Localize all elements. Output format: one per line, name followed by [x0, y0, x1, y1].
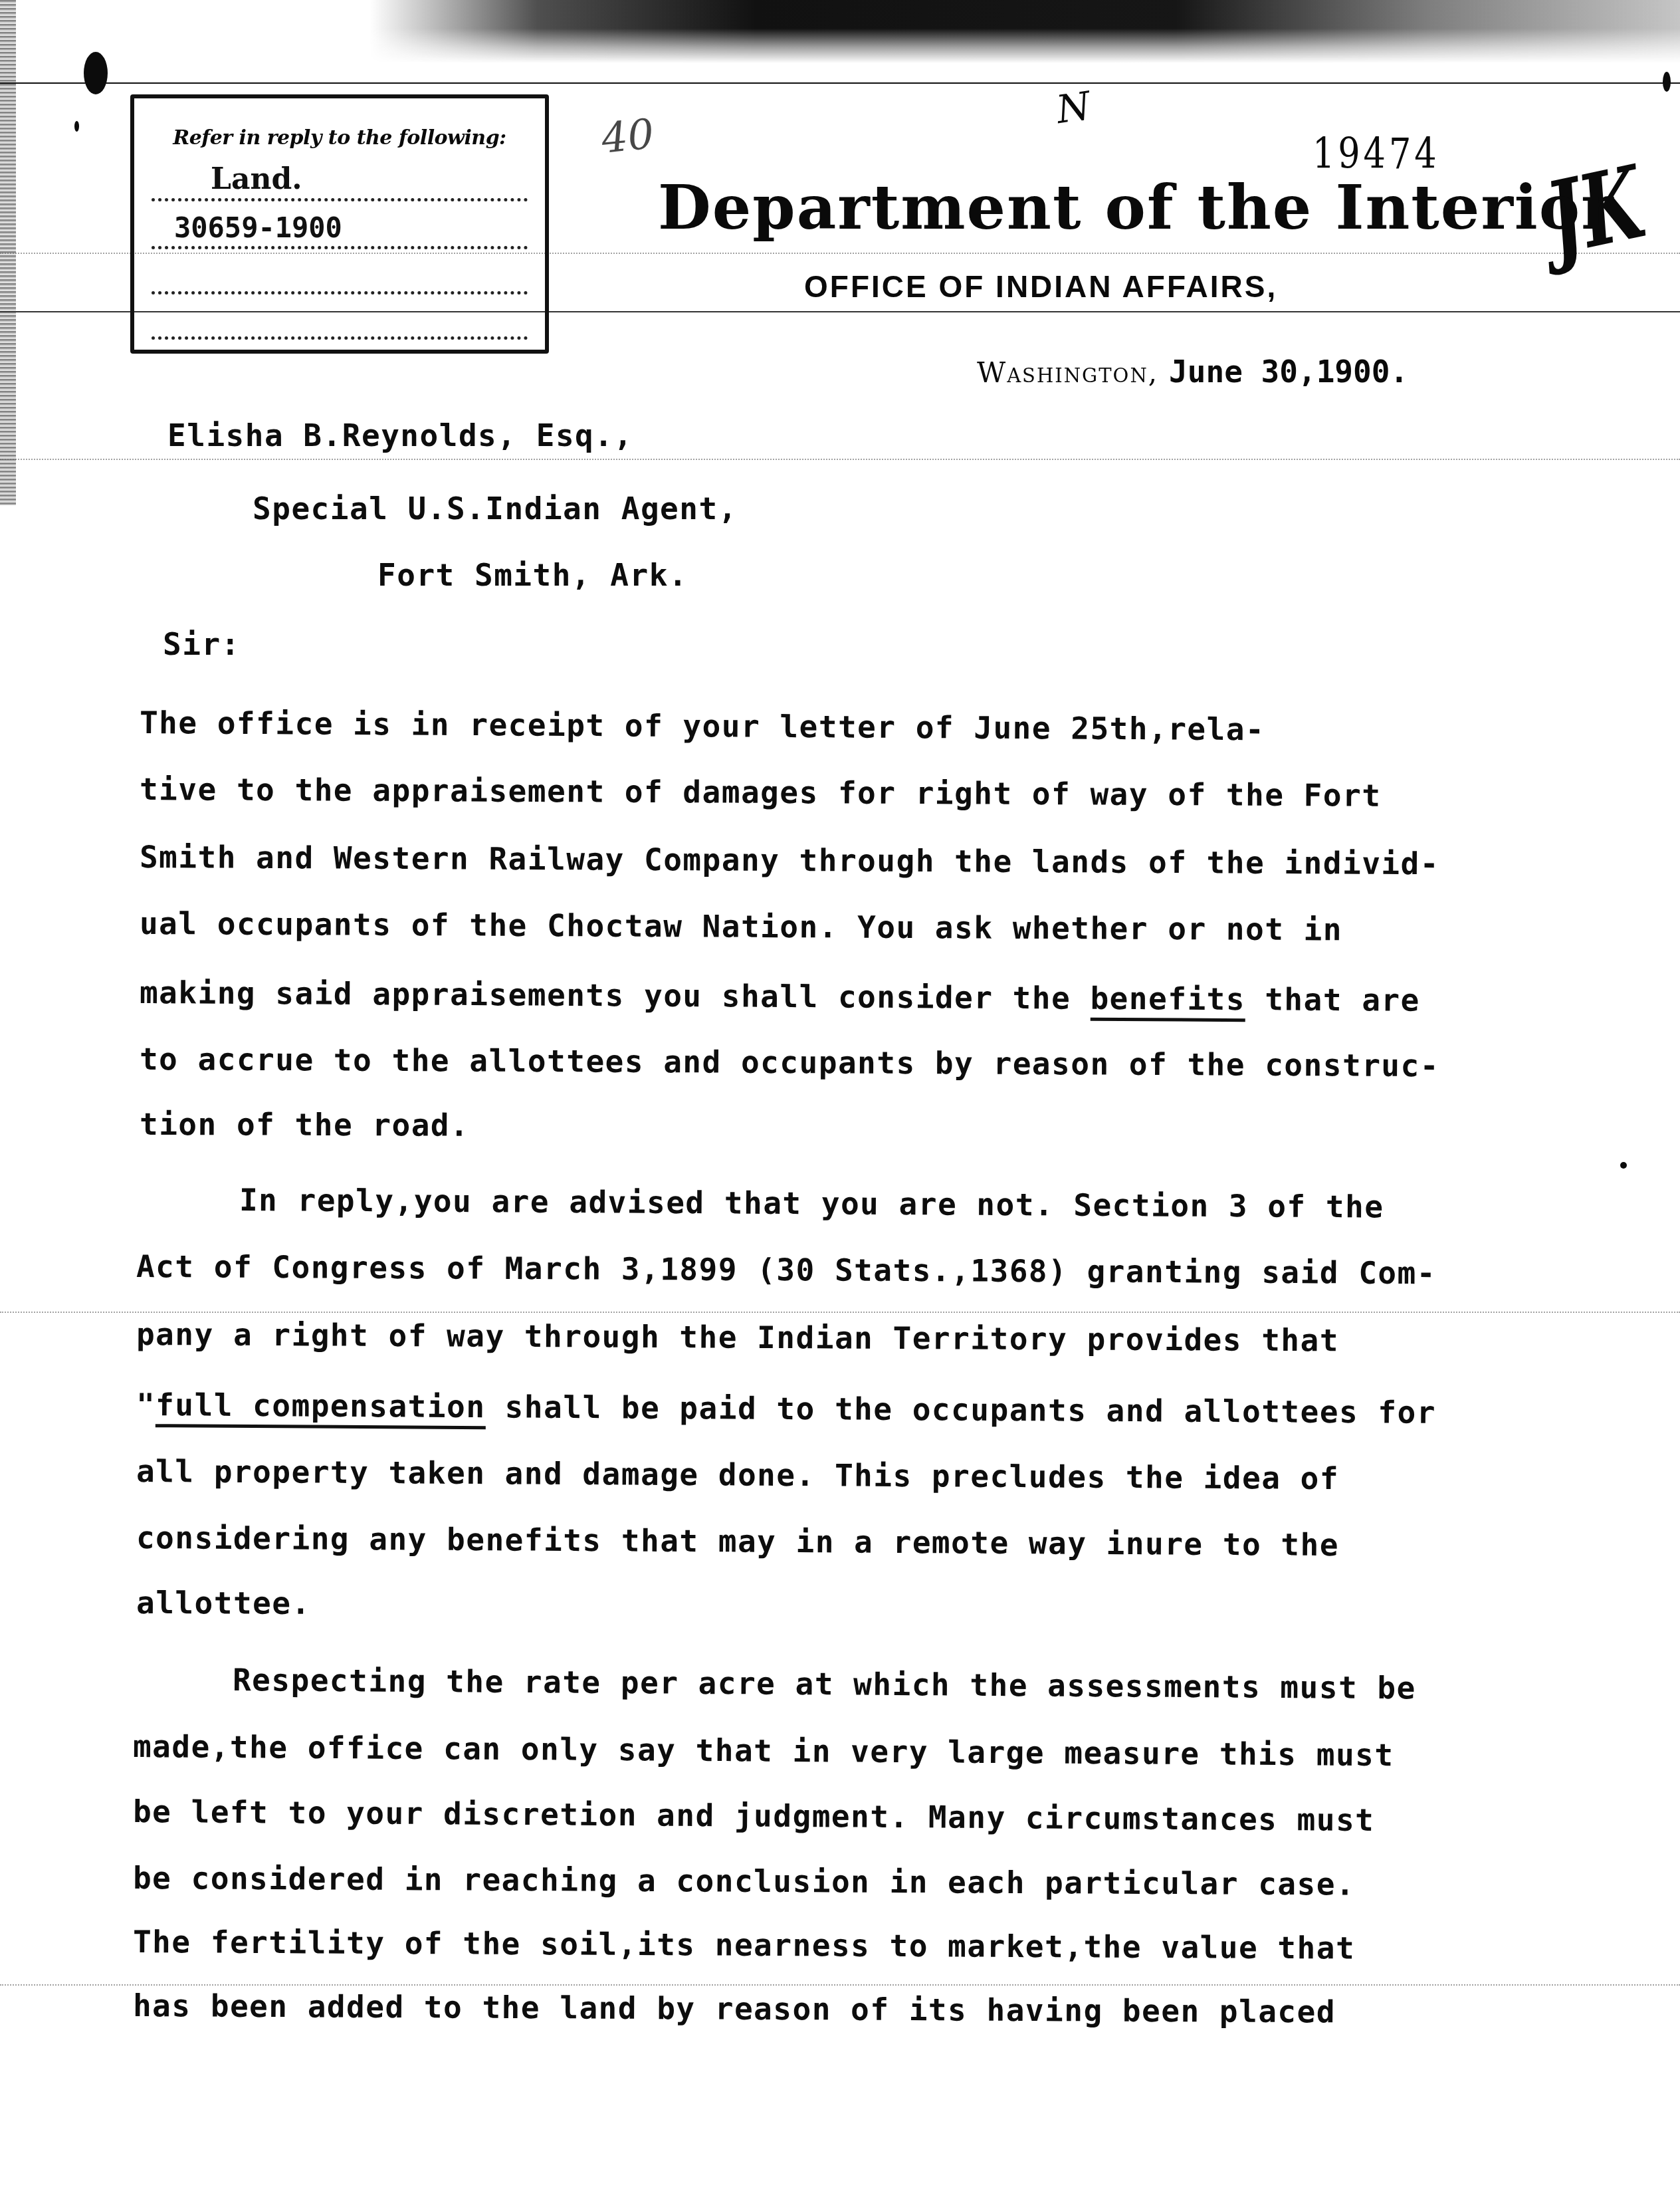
body-line: In reply,you are advised that you are no… [239, 1182, 1384, 1225]
handwritten-mark-left: 40 [599, 109, 656, 163]
ink-blot [84, 52, 108, 94]
department-title: Department of the Interior [658, 172, 1615, 243]
body-line: all property taken and damage done. This… [136, 1453, 1339, 1496]
reference-line [152, 291, 528, 294]
body-line: tion of the road. [140, 1106, 469, 1143]
reference-line [152, 198, 528, 201]
body-line: pany a right of way through the Indian T… [136, 1316, 1339, 1358]
place: Washington, [977, 356, 1158, 389]
reference-line [152, 246, 528, 249]
body-line: Smith and Western Railway Company throug… [140, 839, 1439, 881]
salutation: Sir: [163, 626, 241, 662]
body-text: shall be paid to the occupants and allot… [485, 1389, 1436, 1431]
body-text: that are [1245, 981, 1420, 1018]
ink-blot [1663, 72, 1671, 92]
scan-rule [0, 82, 1680, 84]
place-and-date: Washington,June 30,1900. [977, 354, 1408, 390]
body-line: The office is in receipt of your letter … [140, 705, 1265, 747]
body-line: be considered in reaching a conclusion i… [133, 1860, 1356, 1903]
scan-dotted-rule [0, 459, 1680, 460]
ink-dot [74, 121, 79, 132]
reference-stamp-box: Refer in reply to the following: Land. 3… [130, 94, 549, 354]
body-line: considering any benefits that may in a r… [136, 1520, 1339, 1563]
recipient-name: Elisha B.Reynolds, Esq., [167, 417, 633, 453]
body-line: allottee. [136, 1585, 311, 1621]
body-text: making said appraisements you shall cons… [140, 975, 1091, 1016]
body-line: The fertility of the soil,its nearness t… [133, 1924, 1356, 1966]
scan-shadow-top [0, 0, 1680, 63]
body-line: making said appraisements you shall cons… [140, 975, 1420, 1018]
body-line: Act of Congress of March 3,1899 (30 Stat… [136, 1248, 1436, 1291]
ink-dot [1620, 1162, 1627, 1169]
body-text: " [136, 1387, 156, 1423]
body-line: Respecting the rate per acre at which th… [233, 1662, 1416, 1706]
body-line: made,the office can only say that in ver… [133, 1728, 1394, 1773]
reference-category: Land. [211, 162, 302, 196]
office-title: OFFICE OF INDIAN AFFAIRS, [804, 269, 1277, 304]
scan-dotted-rule [0, 1312, 1680, 1313]
body-line: to accrue to the allottees and occupants… [140, 1041, 1439, 1084]
handwritten-mark-top: N [1054, 83, 1094, 132]
scan-dotted-rule [0, 1984, 1680, 1986]
body-line: tive to the appraisement of damages for … [140, 771, 1382, 814]
body-line: "full compensation shall be paid to the … [136, 1387, 1436, 1431]
body-line: ual occupants of the Choctaw Nation. You… [140, 905, 1342, 947]
reference-file-number: 30659-1900 [174, 211, 342, 244]
recipient-location: Fort Smith, Ark. [377, 557, 688, 593]
body-line: has been added to the land by reason of … [133, 1988, 1336, 2029]
underlined-emphasis: full compensation [156, 1387, 486, 1429]
reference-line [152, 336, 528, 340]
underlined-emphasis: benefits [1090, 980, 1245, 1022]
recipient-title: Special U.S.Indian Agent, [253, 491, 738, 526]
letter-date: June 30,1900. [1169, 354, 1408, 390]
reference-heading: Refer in reply to the following: [134, 126, 545, 150]
body-line: be left to your discretion and judgment.… [133, 1793, 1375, 1838]
